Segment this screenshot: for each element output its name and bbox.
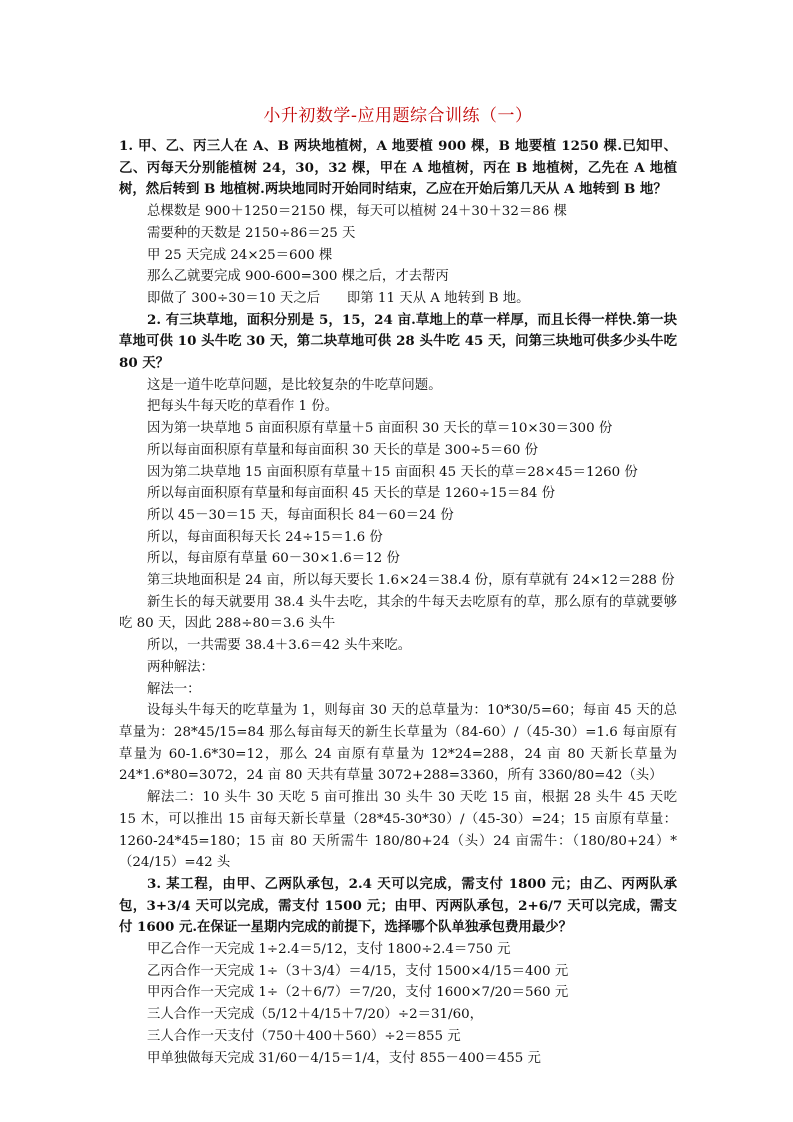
problem-2-line: 这是一道牛吃草问题，是比较复杂的牛吃草问题。 bbox=[119, 375, 677, 397]
problem-2-line: 因为第一块草地 5 亩面积原有草量＋5 亩面积 30 天长的草＝10×30＝30… bbox=[119, 418, 677, 440]
problem-3-line: 甲单独做每天完成 31/60－4/15＝1/4，支付 855－400＝455 元 bbox=[119, 1048, 677, 1070]
problem-3-line: 三人合作一天支付（750＋400＋560）÷2＝855 元 bbox=[119, 1026, 677, 1048]
problem-3-line: 乙丙合作一天完成 1÷（3＋3/4）＝4/15，支付 1500×4/15＝400… bbox=[119, 961, 677, 983]
problem-3-line: 甲丙合作一天完成 1÷（2＋6/7）＝7/20，支付 1600×7/20＝560… bbox=[119, 982, 677, 1004]
problem-3-line: 三人合作一天完成（5/12＋4/15＋7/20）÷2＝31/60， bbox=[119, 1004, 677, 1026]
document-page: 小升初数学-应用题综合训练（一） 1. 甲、乙、丙三人在 A、B 两块地植树，A… bbox=[119, 104, 677, 1069]
problem-2-line: 所以，每亩面积每天长 24÷15＝1.6 份 bbox=[119, 527, 677, 549]
problem-1-line: 甲 25 天完成 24×25＝600 棵 bbox=[119, 245, 677, 267]
problem-2-line: 所以，每亩原有草量 60－30×1.6＝12 份 bbox=[119, 548, 677, 570]
problem-2-line: 新生长的每天就要用 38.4 头牛去吃，其余的牛每天去吃原有的草，那么原有的草就… bbox=[119, 592, 677, 635]
problem-3-line: 甲乙合作一天完成 1÷2.4＝5/12，支付 1800÷2.4＝750 元 bbox=[119, 939, 677, 961]
problem-1-question: 1. 甲、乙、丙三人在 A、B 两块地植树，A 地要植 900 棵，B 地要植 … bbox=[119, 136, 677, 201]
problem-2-solution-1: 设每头牛每天的吃草量为 1，则每亩 30 天的总草量为：10*30/5=60；每… bbox=[119, 700, 677, 787]
problem-2-line: 把每头牛每天吃的草看作 1 份。 bbox=[119, 396, 677, 418]
problem-2-line: 解法一： bbox=[119, 679, 677, 701]
problem-2-line: 所以每亩面积原有草量和每亩面积 45 天长的草是 1260÷15＝84 份 bbox=[119, 483, 677, 505]
problem-1-line: 即做了 300÷30＝10 天之后 即第 11 天从 A 地转到 B 地。 bbox=[119, 288, 677, 310]
problem-2-question: 2. 有三块草地，面积分别是 5，15，24 亩.草地上的草一样厚，而且长得一样… bbox=[119, 310, 677, 375]
problem-3-question: 3. 某工程，由甲、乙两队承包，2.4 天可以完成，需支付 1800 元；由乙、… bbox=[119, 874, 677, 939]
problem-1-line: 那么乙就要完成 900-600=300 棵之后，才去帮丙 bbox=[119, 266, 677, 288]
problem-2-solution-2: 解法二：10 头牛 30 天吃 5 亩可推出 30 头牛 30 天吃 15 亩，… bbox=[119, 787, 677, 874]
problem-2-line: 所以，一共需要 38.4＋3.6＝42 头牛来吃。 bbox=[119, 635, 677, 657]
problem-2-line: 两种解法： bbox=[119, 657, 677, 679]
page-title: 小升初数学-应用题综合训练（一） bbox=[119, 104, 677, 128]
problem-2-line: 所以每亩面积原有草量和每亩面积 30 天长的草是 300÷5＝60 份 bbox=[119, 440, 677, 462]
problem-2-line: 第三块地面积是 24 亩，所以每天要长 1.6×24＝38.4 份，原有草就有 … bbox=[119, 570, 677, 592]
problem-2-line: 所以 45－30＝15 天，每亩面积长 84－60＝24 份 bbox=[119, 505, 677, 527]
problem-2-line: 因为第二块草地 15 亩面积原有草量＋15 亩面积 45 天长的草＝28×45＝… bbox=[119, 462, 677, 484]
problem-1-line: 需要种的天数是 2150÷86＝25 天 bbox=[119, 223, 677, 245]
problem-1-line: 总棵数是 900＋1250＝2150 棵，每天可以植树 24＋30＋32＝86 … bbox=[119, 201, 677, 223]
